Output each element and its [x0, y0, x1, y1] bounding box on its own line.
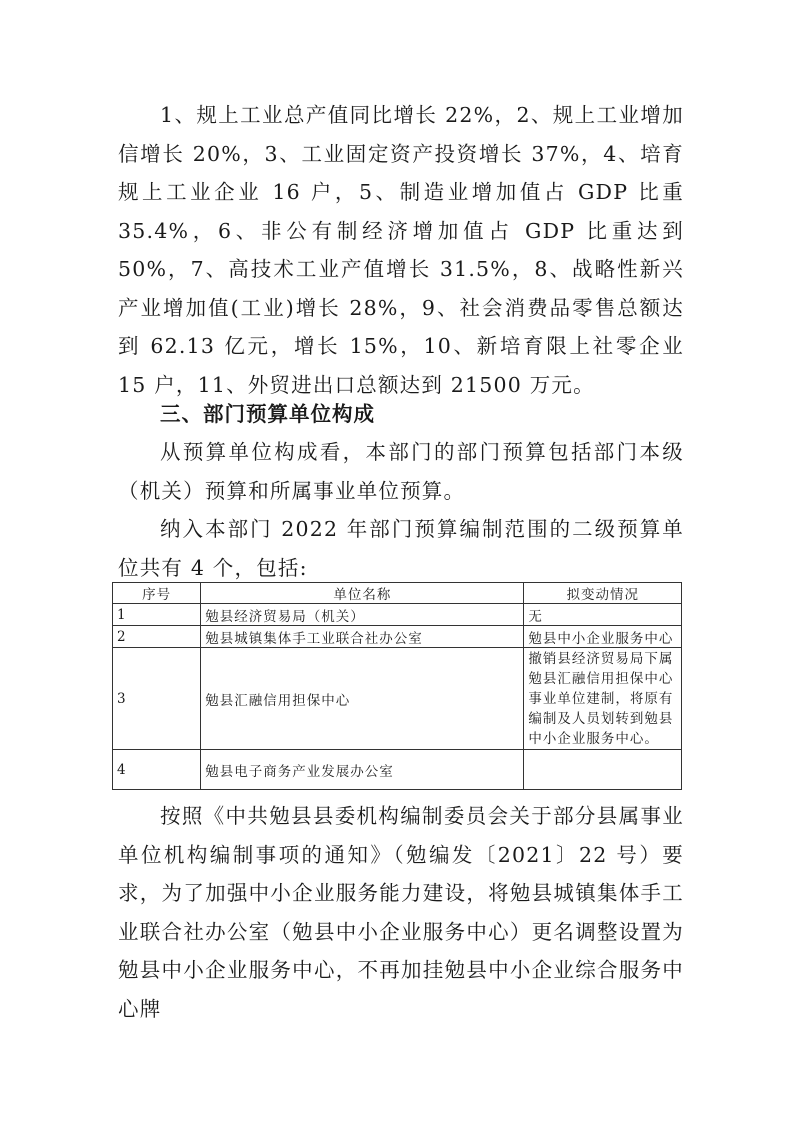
composition-paragraph: 从预算单位构成看，本部门的部门预算包括部门本级（机关）预算和所属事业单位预算。 — [118, 433, 684, 510]
budget-units-table: 序号 单位名称 拟变动情况 1 勉县经济贸易局（机关） 无 2 勉县城镇集体手工… — [112, 582, 682, 790]
cell-change: 无 — [524, 604, 682, 626]
cell-no: 1 — [113, 604, 201, 626]
table-row: 3 勉县汇融信用担保中心 撤销县经济贸易局下属勉县汇融信用担保中心事业单位建制，… — [113, 648, 682, 750]
cell-unit-name: 勉县经济贸易局（机关） — [201, 604, 524, 626]
header-no: 序号 — [113, 583, 201, 604]
cell-no: 2 — [113, 626, 201, 648]
table-row: 2 勉县城镇集体手工业联合社办公室 勉县中小企业服务中心 — [113, 626, 682, 648]
cell-unit-name: 勉县城镇集体手工业联合社办公室 — [201, 626, 524, 648]
cell-change — [524, 750, 682, 790]
scope-paragraph: 纳入本部门 2022 年部门预算编制范围的二级预算单位共有 4 个，包括: — [118, 510, 684, 587]
header-change: 拟变动情况 — [524, 583, 682, 604]
table-header-row: 序号 单位名称 拟变动情况 — [113, 583, 682, 604]
cell-no: 4 — [113, 750, 201, 790]
cell-change: 撤销县经济贸易局下属勉县汇融信用担保中心事业单位建制，将原有编制及人员划转到勉县… — [524, 648, 682, 750]
header-unit-name: 单位名称 — [201, 583, 524, 604]
document-page: 1、规上工业总产值同比增长 22%，2、规上工业增加信增长 20%，3、工业固定… — [0, 0, 793, 1122]
cell-unit-name: 勉县汇融信用担保中心 — [201, 648, 524, 750]
cell-no: 3 — [113, 648, 201, 750]
indicators-paragraph: 1、规上工业总产值同比增长 22%，2、规上工业增加信增长 20%，3、工业固定… — [118, 96, 684, 404]
cell-change: 勉县中小企业服务中心 — [524, 626, 682, 648]
notice-paragraph: 按照《中共勉县县委机构编制委员会关于部分县属事业单位机构编制事项的通知》（勉编发… — [118, 797, 684, 1028]
table-row: 4 勉县电子商务产业发展办公室 — [113, 750, 682, 790]
section-heading: 三、部门预算单位构成 — [160, 395, 375, 433]
table-row: 1 勉县经济贸易局（机关） 无 — [113, 604, 682, 626]
cell-unit-name: 勉县电子商务产业发展办公室 — [201, 750, 524, 790]
